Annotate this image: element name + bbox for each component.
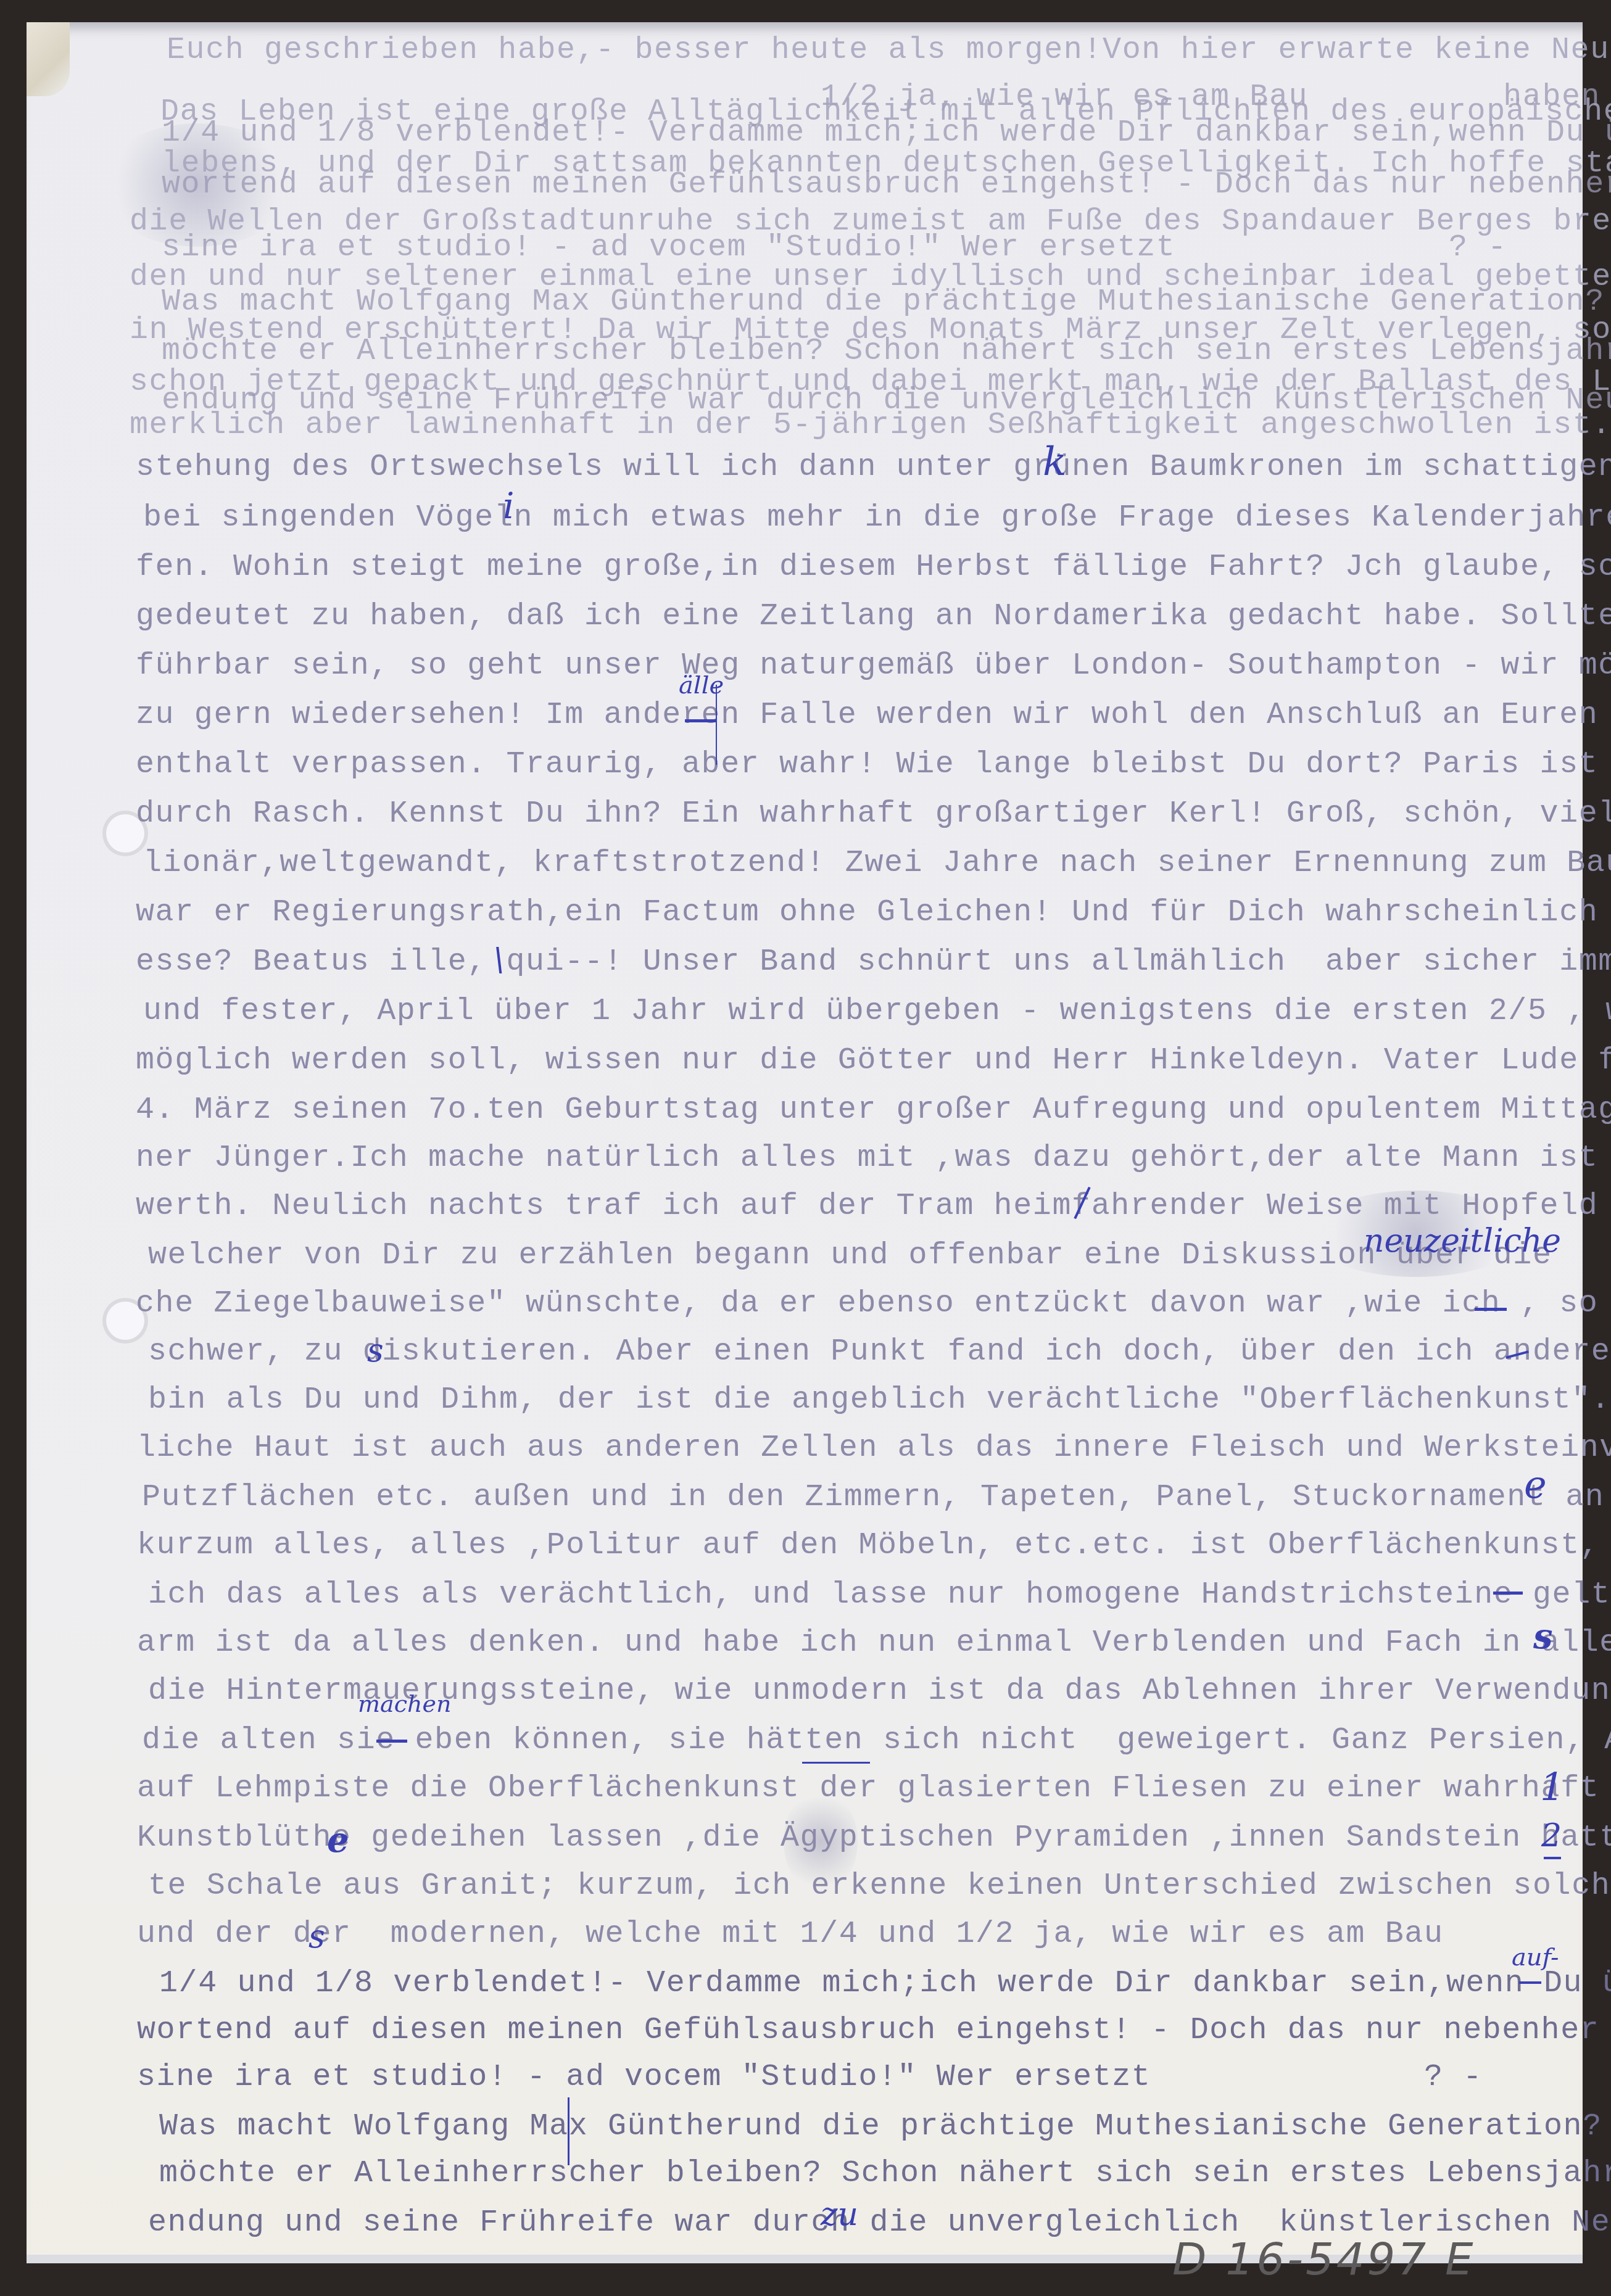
body-line: und der der modernen, welche mit 1/4 und… (137, 1916, 1611, 1953)
pen-margin-2: 2 (1541, 1817, 1562, 1854)
body-line: werth. Neulich nachts traf ich auf der T… (136, 1188, 1611, 1225)
pen-insert-neuzeitliche: neuzeitliche (1364, 1223, 1561, 1260)
pen-strike-falle (685, 719, 716, 722)
folded-corner (27, 22, 70, 96)
pen-correction-i: i (503, 485, 515, 527)
pen-insert-aelle: älle (679, 671, 724, 700)
pen-margin-s: s (1533, 1616, 1553, 1657)
body-line: war er Regierungsrath,ein Factum ohne Gl… (136, 894, 1611, 931)
pen-insert-mark (716, 685, 717, 765)
body-line: che Ziegelbauweise" wünschte, da er eben… (136, 1286, 1611, 1323)
body-line: 4. März seinen 7o.ten Geburtstag unter g… (136, 1092, 1611, 1129)
ghost-line: Euch geschrieben habe,- besser heute als… (167, 32, 1611, 69)
pen-correction-e: e (327, 1820, 349, 1860)
ghost-line: merklich aber lawinenhaft in der 5-jähri… (130, 407, 1611, 444)
body-line: möchte er Alleinherrscher bleiben? Schon… (159, 2155, 1611, 2192)
pen-correction-s: s (367, 1332, 384, 1369)
pen-strike-eben (376, 1740, 407, 1743)
pen-correction-k: k (1043, 439, 1067, 485)
pen-strike-an (1519, 1981, 1541, 1984)
body-line: ich das alles als verächtlich, und lasse… (148, 1577, 1611, 1614)
body-line: wortend auf diesen meinen Gefühlsausbruc… (137, 2012, 1611, 2049)
body-line: esse? Beatus ille, qui--! Unser Band sch… (136, 944, 1611, 981)
body-line: kurzum alles, alles ,Politur auf den Möb… (137, 1527, 1611, 1564)
body-line: die alten sie eben können, sie hätten si… (142, 1722, 1611, 1759)
body-line: arm ist da alles denken. und habe ich nu… (137, 1625, 1611, 1662)
body-line: Putzflächen etc. außen und in den Zimmer… (142, 1479, 1611, 1516)
pen-underline-nicht (802, 1762, 870, 1764)
body-line: und fester, April über 1 Jahr wird überg… (143, 993, 1611, 1030)
pen-insert-mark-guenther (568, 2097, 569, 2165)
body-line: durch Rasch. Kennst Du ihn? Ein wahrhaft… (136, 796, 1611, 833)
pen-strike-sch (1475, 1308, 1507, 1311)
archive-number: D 16-5497 E (1172, 2233, 1476, 2285)
pen-correction-comma: \ (494, 941, 505, 978)
body-line: fen. Wohin steigt meine große,in diesem … (136, 549, 1611, 586)
pen-insert-auf: auf- (1512, 1943, 1559, 1972)
body-line: stehung des Ortswechsels will ich dann u… (136, 449, 1611, 486)
body-line: führbar sein, so geht unser Weg naturgem… (136, 648, 1611, 685)
body-line: ner Jünger.Ich mache natürlich alles mit… (136, 1140, 1611, 1177)
body-line: Was macht Wolfgang Max Güntherund die pr… (159, 2108, 1611, 2145)
pen-correction-zu: zu (821, 2196, 858, 2233)
body-line: sine ira et studio! - ad vocem "Studio!"… (137, 2059, 1483, 2096)
body-line: bei singenden Vögeln mich etwas mehr in … (143, 500, 1611, 537)
pen-correction-der-s: s (309, 1918, 325, 1955)
body-line: lionär,weltgewandt, kraftstrotzend! Zwei… (143, 845, 1611, 882)
body-line: te Schale aus Granit; kurzum, ich erkenn… (148, 1868, 1611, 1905)
body-line: Kunstblüthe gedeihen lassen ,die Ägyptis… (137, 1820, 1611, 1857)
body-line: möglich werden soll, wissen nur die Gött… (136, 1043, 1611, 1080)
pen-margin-2-dash (1544, 1857, 1561, 1859)
body-line: zu gern wiedersehen! Im anderen Falle we… (136, 697, 1611, 734)
body-line: gedeutet zu haben, daß ich eine Zeitlang… (136, 598, 1611, 635)
body-line: 1/4 und 1/8 verblendet!- Verdamme mich;i… (159, 1965, 1611, 2002)
body-line: liche Haut ist auch aus anderen Zellen a… (137, 1430, 1611, 1467)
pen-margin-1: 1 (1540, 1764, 1564, 1809)
pen-insert-machen: machen (358, 1690, 451, 1717)
body-line: auf Lehmpiste die Oberflächenkunst der g… (137, 1770, 1611, 1807)
pen-margin-e: e (1524, 1462, 1547, 1507)
body-line: welcher von Dir zu erzählen begann und o… (148, 1237, 1552, 1274)
ghost-line: wortend auf diesen meinen Gefühlsausbruc… (162, 167, 1611, 204)
body-line: bin als Du und Dihm, der ist die angebli… (148, 1382, 1611, 1419)
body-line: enthalt verpassen. Traurig, aber wahr! W… (136, 746, 1611, 783)
pen-strike-ar (1493, 1592, 1523, 1595)
